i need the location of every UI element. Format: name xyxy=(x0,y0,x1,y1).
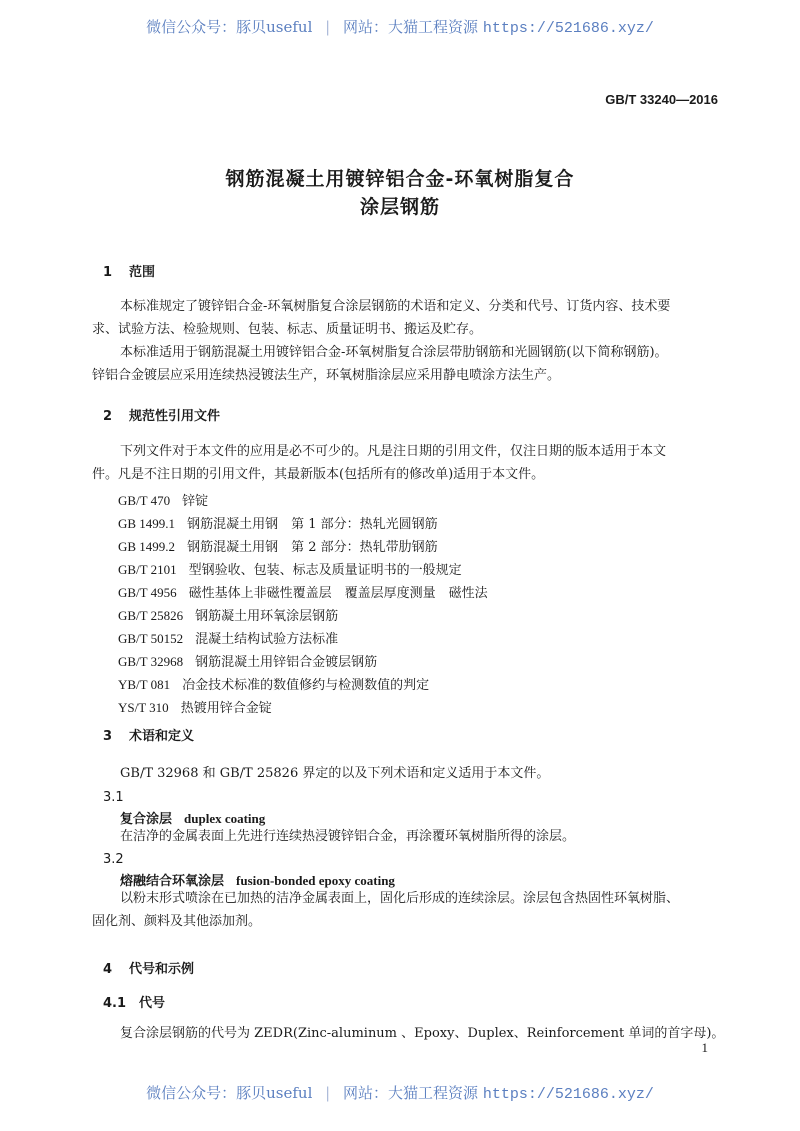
reference-item: GB/T 470锌锭 xyxy=(118,490,208,509)
section-title: 规范性引用文件 xyxy=(129,409,220,424)
section-3-intro: GB/T 32968 和 GB/T 25826 界定的以及下列术语和定义适用于本… xyxy=(120,762,549,785)
subsection-title: 代号 xyxy=(139,996,165,1011)
watermark-separator: | xyxy=(325,18,330,36)
reference-item: GB/T 25826钢筋凝土用环氧涂层钢筋 xyxy=(118,605,338,624)
section-number: 4 xyxy=(103,962,129,977)
section-title: 范围 xyxy=(129,265,155,280)
watermark-separator: | xyxy=(325,1084,330,1102)
reference-item: YS/T 310热镀用锌合金锭 xyxy=(118,697,272,716)
reference-item: YB/T 081冶金技术标准的数值修约与检测数值的判定 xyxy=(118,674,429,693)
section-number: 3 xyxy=(103,729,129,744)
reference-item: GB/T 2101型钢验收、包装、标志及质量证明书的一般规定 xyxy=(118,559,462,578)
reference-item: GB/T 50152混凝土结构试验方法标准 xyxy=(118,628,338,647)
term-number: 3.2 xyxy=(103,852,124,867)
term-definition: 在洁净的金属表面上先进行连续热浸镀锌铝合金，再涂覆环氧树脂所得的涂层。 xyxy=(120,825,575,848)
watermark-url: https://521686.xyz/ xyxy=(483,1086,654,1103)
section-2-para-line-2: 件。凡是不注日期的引用文件，其最新版本(包括所有的修改单)适用于本文件。 xyxy=(92,463,544,486)
section-number: 1 xyxy=(103,265,129,280)
term-en: duplex coating xyxy=(184,811,265,826)
term-definition-line-2: 固化剂、颜料及其他添加剂。 xyxy=(92,910,261,933)
document-title-line1: 钢筋混凝土用镀锌铝合金-环氧树脂复合 xyxy=(0,164,800,191)
subsection-4-1-heading: 4.1代号 xyxy=(103,992,165,1011)
section-1-para-1-line-2: 求、试验方法、检验规则、包装、标志、质量证明书、搬运及贮存。 xyxy=(92,318,482,341)
watermark-site: 网站：大猫工程资源 xyxy=(343,1084,478,1102)
reference-item: GB 1499.2钢筋混凝土用钢 第 2 部分：热轧带肋钢筋 xyxy=(118,536,438,555)
section-4-heading: 4代号和示例 xyxy=(103,958,194,977)
page-number: 1 xyxy=(702,1040,709,1056)
section-3-heading: 3术语和定义 xyxy=(103,725,194,744)
reference-item: GB/T 4956磁性基体上非磁性覆盖层 覆盖层厚度测量 磁性法 xyxy=(118,582,488,601)
section-1-heading: 1范围 xyxy=(103,261,155,280)
section-2-heading: 2规范性引用文件 xyxy=(103,405,220,424)
section-1-para-2-line-1: 本标准适用于钢筋混凝土用镀锌铝合金-环氧树脂复合涂层带肋钢筋和光圆钢筋(以下简称… xyxy=(120,341,668,364)
term-en: fusion-bonded epoxy coating xyxy=(236,873,395,888)
section-number: 2 xyxy=(103,409,129,424)
section-2-para-line-1: 下列文件对于本文件的应用是必不可少的。凡是注日期的引用文件，仅注日期的版本适用于… xyxy=(120,440,666,463)
document-title-line2: 涂层钢筋 xyxy=(0,192,800,219)
term-definition-line-1: 以粉末形式喷涂在已加热的洁净金属表面上，固化后形成的连续涂层。涂层包含热固性环氧… xyxy=(120,887,679,910)
section-1-para-2-line-2: 锌铝合金镀层应采用连续热浸镀法生产，环氧树脂涂层应采用静电喷涂方法生产。 xyxy=(92,364,560,387)
watermark-prefix: 微信公众号：豚贝useful xyxy=(146,18,312,36)
watermark-prefix: 微信公众号：豚贝useful xyxy=(146,1084,312,1102)
document-number: GB/T 33240—2016 xyxy=(605,92,718,107)
subsection-number: 4.1 xyxy=(103,996,139,1011)
watermark-top: 微信公众号：豚贝useful | 网站：大猫工程资源 https://52168… xyxy=(0,16,800,37)
watermark-bottom: 微信公众号：豚贝useful | 网站：大猫工程资源 https://52168… xyxy=(0,1082,800,1103)
term-number: 3.1 xyxy=(103,790,124,805)
section-title: 代号和示例 xyxy=(129,962,194,977)
section-1-para-1-line-1: 本标准规定了镀锌铝合金-环氧树脂复合涂层钢筋的术语和定义、分类和代号、订货内容、… xyxy=(120,295,670,318)
subsection-4-1-text: 复合涂层钢筋的代号为 ZEDR(Zinc-aluminum 、Epoxy、Dup… xyxy=(120,1022,724,1045)
reference-item: GB 1499.1钢筋混凝土用钢 第 1 部分：热轧光圆钢筋 xyxy=(118,513,438,532)
reference-item: GB/T 32968钢筋混凝土用锌铝合金镀层钢筋 xyxy=(118,651,377,670)
watermark-site: 网站：大猫工程资源 xyxy=(343,18,478,36)
watermark-url: https://521686.xyz/ xyxy=(483,20,654,37)
section-title: 术语和定义 xyxy=(129,729,194,744)
